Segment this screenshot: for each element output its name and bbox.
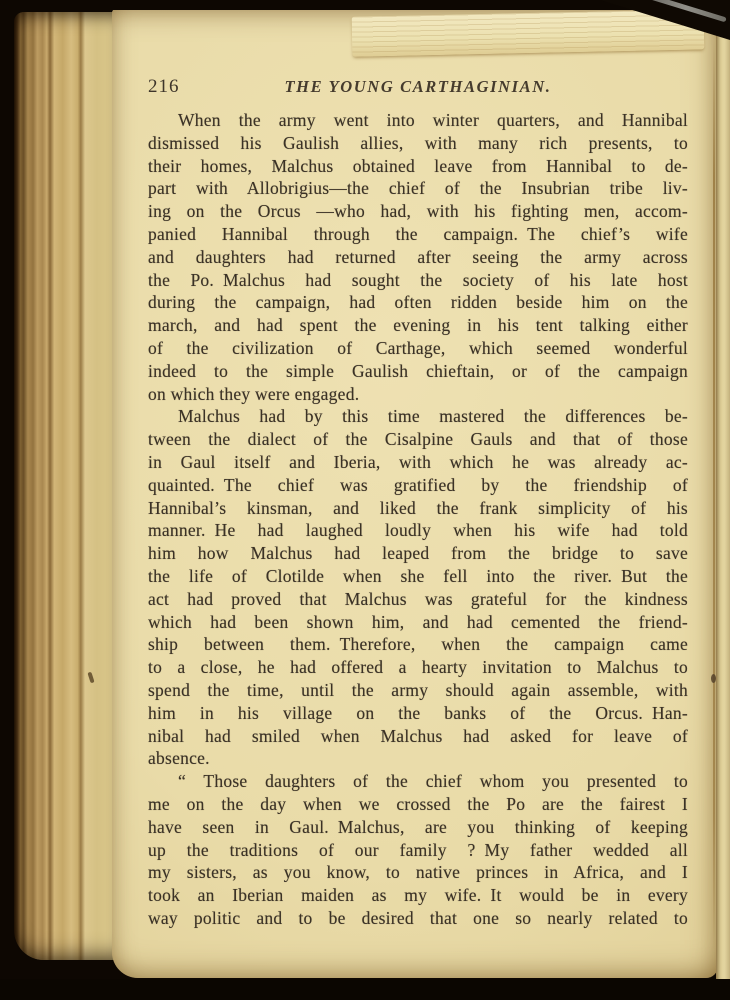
text-line: march, and had spent the evening in his …: [148, 314, 688, 337]
text-line: up the traditions of our family ? My fat…: [148, 839, 688, 862]
text-line: the life of Clotilde when she fell into …: [148, 565, 688, 588]
text-line: tween the dialect of the Cisalpine Gauls…: [148, 428, 688, 451]
text-line: him how Malchus had leaped from the brid…: [148, 542, 688, 565]
text-line: the Po. Malchus had sought the society o…: [148, 269, 688, 292]
text-line: quainted. The chief was gratified by the…: [148, 474, 688, 497]
text-line: to a close, he had offered a hearty invi…: [148, 656, 688, 679]
text-line: ing on the Orcus —who had, with his figh…: [148, 200, 688, 223]
text-line: dismissed his Gaulish allies, with many …: [148, 132, 688, 155]
book-photo: 216 THE YOUNG CARTHAGINIAN. When the arm…: [0, 0, 730, 1000]
text-line: Hannibal’s kinsman, and liked the frank …: [148, 497, 688, 520]
background-bottom: [0, 979, 730, 1000]
page-number: 216: [148, 76, 180, 98]
text-line: way politic and to be desired that one s…: [148, 907, 688, 930]
paragraph: Malchus had by this time mastered the di…: [148, 405, 688, 770]
text-line: on which they were engaged.: [148, 383, 688, 406]
printed-content: 216 THE YOUNG CARTHAGINIAN. When the arm…: [148, 74, 688, 930]
text-line: manner. He had laughed loudly when his w…: [148, 519, 688, 542]
text-line: When the army went into winter quarters,…: [148, 109, 688, 132]
text-line: ship between them. Therefore, when the c…: [148, 633, 688, 656]
page-header: 216 THE YOUNG CARTHAGINIAN.: [148, 74, 688, 104]
text-line: nibal had smiled when Malchus had asked …: [148, 725, 688, 748]
next-page-edge: [716, 0, 730, 1000]
text-line: took an Iberian maiden as my wife. It wo…: [148, 884, 688, 907]
running-title: THE YOUNG CARTHAGINIAN.: [148, 74, 688, 97]
text-line: “ Those daughters of the chief whom you …: [148, 770, 688, 793]
text-line: which had been shown him, and had cement…: [148, 611, 688, 634]
text-line: panied Hannibal through the campaign. Th…: [148, 223, 688, 246]
text-line: indeed to the simple Gaulish chieftain, …: [148, 360, 688, 383]
text-line: of the civilization of Carthage, which s…: [148, 337, 688, 360]
text-line: part with Allobrigius—the chief of the I…: [148, 177, 688, 200]
text-line: Malchus had by this time mastered the di…: [148, 405, 688, 428]
top-fore-edge-band: [352, 9, 705, 56]
text-line: me on the day when we crossed the Po are…: [148, 793, 688, 816]
page-text: When the army went into winter quarters,…: [148, 109, 688, 930]
text-line: during the campaign, had often ridden be…: [148, 291, 688, 314]
text-line: in Gaul itself and Iberia, with which he…: [148, 451, 688, 474]
page-edges-left: [14, 12, 120, 960]
paragraph: “ Those daughters of the chief whom you …: [148, 770, 688, 930]
text-line: him in his village on the banks of the O…: [148, 702, 688, 725]
paragraph: When the army went into winter quarters,…: [148, 109, 688, 405]
text-line: have seen in Gaul. Malchus, are you thin…: [148, 816, 688, 839]
text-line: spend the time, until the army should ag…: [148, 679, 688, 702]
text-line: and daughters had returned after seeing …: [148, 246, 688, 269]
text-line: my sisters, as you know, to native princ…: [148, 861, 688, 884]
gutter-crease: [713, 40, 715, 950]
text-line: absence.: [148, 747, 688, 770]
text-line: act had proved that Malchus was grateful…: [148, 588, 688, 611]
text-line: their homes, Malchus obtained leave from…: [148, 155, 688, 178]
